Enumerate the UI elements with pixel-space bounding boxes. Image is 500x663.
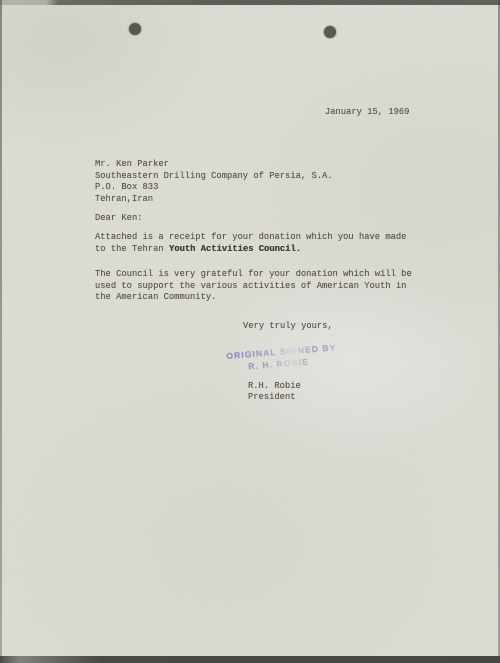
paragraph-1-line-2: to the Tehran Youth Activities Council. [95, 244, 406, 256]
scan-edge-top [0, 0, 500, 5]
letter-content: January 15, 1969 Mr. Ken Parker Southeas… [0, 0, 500, 663]
recipient-company: Southeastern Drilling Company of Persia,… [95, 171, 333, 183]
paragraph-1-line-1: Attached is a receipt for your donation … [95, 232, 406, 244]
scanned-letter-page: January 15, 1969 Mr. Ken Parker Southeas… [0, 0, 500, 663]
paragraph-1: Attached is a receipt for your donation … [95, 232, 406, 255]
punch-hole-right [324, 26, 336, 38]
recipient-address-block: Mr. Ken Parker Southeastern Drilling Com… [95, 159, 333, 205]
signature-name: R.H. Robie [248, 381, 301, 393]
paragraph-1-line-2-text: to the Tehran [95, 244, 169, 254]
salutation: Dear Ken: [95, 213, 143, 225]
letter-date: January 15, 1969 [325, 107, 409, 119]
recipient-name: Mr. Ken Parker [95, 159, 333, 171]
paragraph-2: The Council is very grateful for your do… [95, 269, 412, 304]
closing-line: Very truly yours, [243, 321, 333, 333]
recipient-po-box: P.O. Box 833 [95, 182, 333, 194]
scan-edge-left [0, 0, 2, 663]
punch-hole-left [129, 23, 141, 35]
recipient-city: Tehran,Iran [95, 194, 333, 206]
signature-title: President [248, 392, 296, 404]
paragraph-1-line-2-overstrike-text: Youth Activities Council. [169, 244, 301, 254]
scan-edge-bottom [0, 656, 500, 663]
